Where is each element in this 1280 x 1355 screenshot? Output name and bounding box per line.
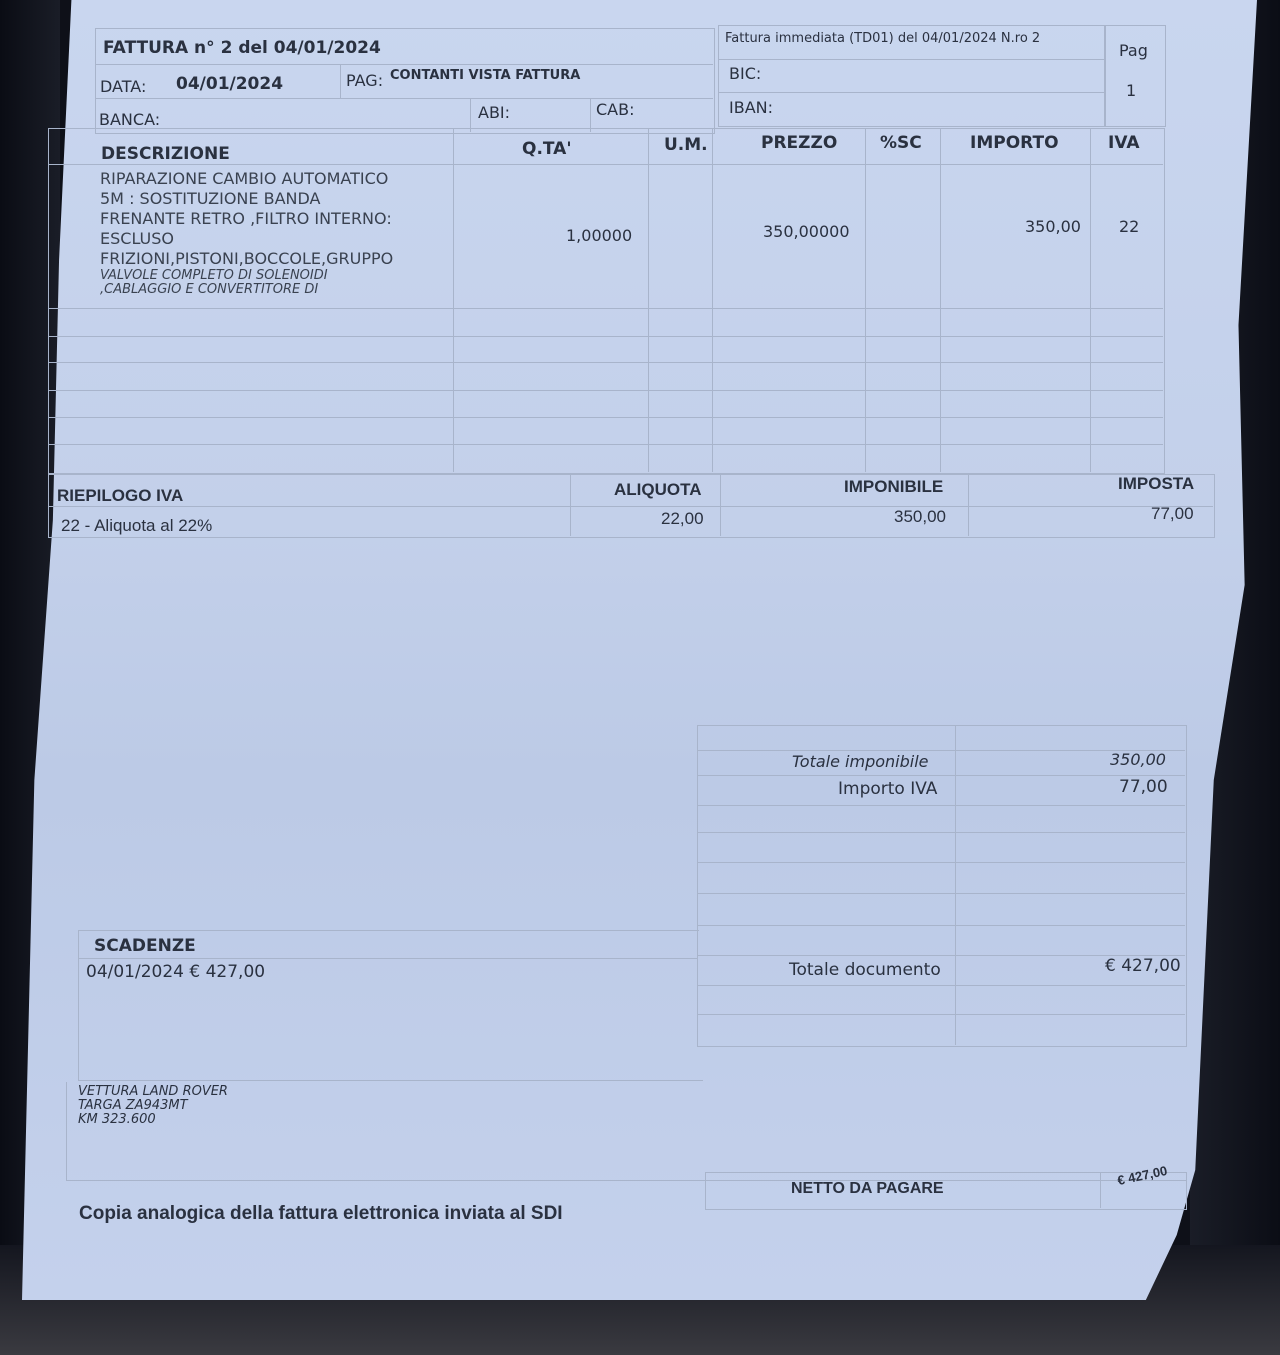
payment-value: CONTANTI VISTA FATTURA (390, 68, 580, 83)
col-header-vat: IVA (1108, 133, 1140, 153)
footer-note: Copia analogica della fattura elettronic… (79, 1203, 563, 1225)
col-header-discount: %SC (880, 133, 922, 153)
date-value: 04/01/2024 (176, 74, 283, 94)
net-to-pay-label: NETTO DA PAGARE (791, 1180, 944, 1198)
vat-row-imponibile: 350,00 (894, 507, 946, 527)
vat-col-imposta: IMPOSTA (1118, 474, 1194, 494)
note-plate: TARGA ZA943MT (78, 1099, 228, 1113)
cab-label: CAB: (596, 100, 634, 119)
vat-col-imponibile: IMPONIBILE (844, 477, 943, 497)
document-type: Fattura immediata (TD01) del 04/01/2024 … (725, 31, 1040, 46)
col-header-price: PREZZO (761, 133, 837, 153)
vat-amount-label: Importo IVA (838, 779, 937, 799)
iban-label: IBAN: (729, 98, 773, 117)
note-km: KM 323.600 (78, 1113, 228, 1127)
item-vat: 22 (1119, 217, 1139, 236)
vat-amount-value: 77,00 (1119, 777, 1168, 797)
col-header-um: U.M. (664, 135, 708, 155)
item-qty: 1,00000 (566, 226, 632, 245)
vat-summary-title: RIEPILOGO IVA (57, 486, 183, 506)
document-total-value: € 427,00 (1105, 956, 1181, 976)
date-label: DATA: (100, 77, 146, 96)
bic-label: BIC: (729, 64, 761, 83)
vat-row-label: 22 - Aliquota al 22% (61, 516, 212, 536)
item-description: RIPARAZIONE CAMBIO AUTOMATICO 5M : SOSTI… (100, 169, 393, 297)
vat-row-imposta: 77,00 (1151, 504, 1194, 524)
vat-row-aliquota: 22,00 (661, 509, 704, 529)
taxable-total-value: 350,00 (1110, 750, 1166, 769)
invoice-title: FATTURA n° 2 del 04/01/2024 (103, 38, 381, 58)
bank-label: BANCA: (99, 110, 160, 129)
page-number: 1 (1126, 81, 1136, 100)
item-amount: 350,00 (1025, 217, 1081, 236)
taxable-total-label: Totale imponibile (792, 752, 929, 771)
payment-label: PAG: (346, 71, 383, 90)
item-price: 350,00000 (763, 222, 850, 241)
page-label: Pag (1119, 41, 1148, 60)
col-header-qty: Q.TA' (522, 139, 572, 159)
document-total-label: Totale documento (789, 960, 941, 980)
col-header-amount: IMPORTO (970, 133, 1059, 153)
abi-label: ABI: (478, 103, 510, 122)
due-dates-title: SCADENZE (94, 936, 196, 956)
vat-col-aliquota: ALIQUOTA (614, 480, 702, 500)
due-date-entry: 04/01/2024 € 427,00 (86, 962, 265, 982)
col-header-description: DESCRIZIONE (101, 144, 230, 164)
note-vehicle: VETTURA LAND ROVER (78, 1085, 228, 1099)
